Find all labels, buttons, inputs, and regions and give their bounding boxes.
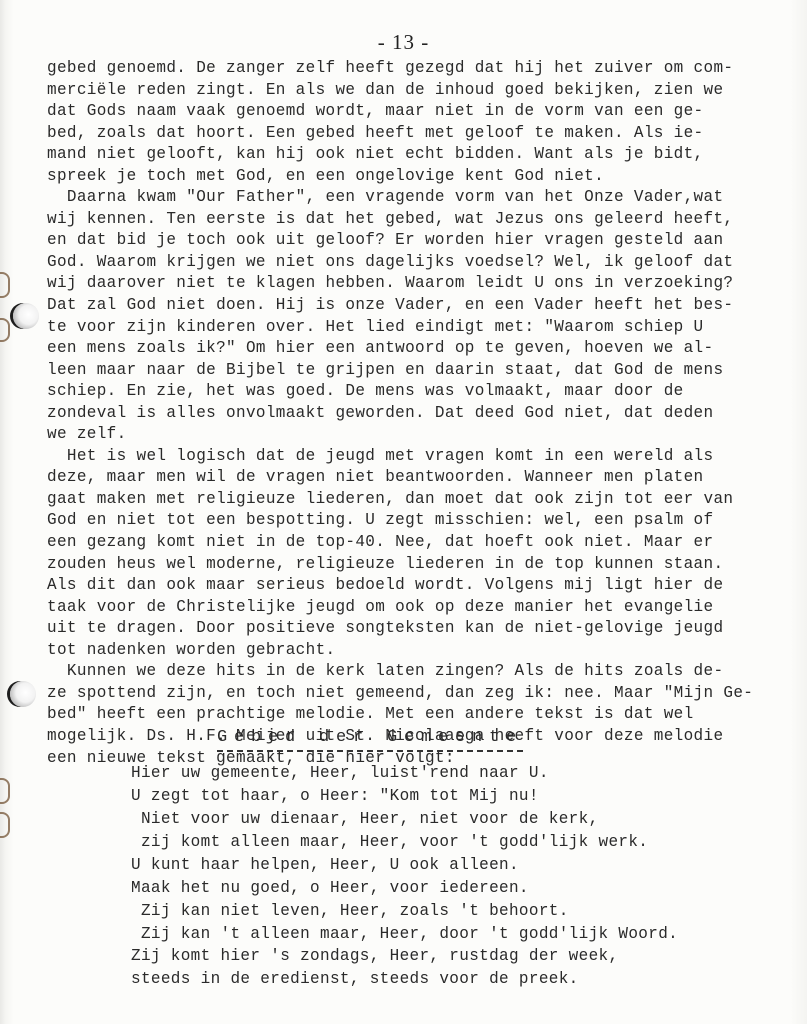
poem-line: U zegt tot haar, o Heer: "Kom tot Mij nu… bbox=[131, 784, 749, 807]
text-line: gebed genoemd. De zanger zelf heeft geze… bbox=[47, 57, 780, 79]
poem-line: Zij komt hier 's zondags, Heer, rustdag … bbox=[131, 944, 749, 967]
binder-ring-mark bbox=[0, 318, 10, 342]
text-line: Als dit dan ook maar serieus bedoeld wor… bbox=[47, 574, 780, 596]
scanned-page: - 13 - gebed genoemd. De zanger zelf hee… bbox=[0, 0, 807, 1024]
text-line: we zelf. bbox=[47, 423, 780, 445]
poem-stanza: U kunt haar helpen, Heer, U ook alleen.M… bbox=[131, 853, 749, 945]
binder-ring-mark bbox=[0, 272, 10, 298]
text-line: spreek je toch met God, en een ongelovig… bbox=[47, 165, 780, 187]
punch-hole-icon bbox=[10, 681, 36, 707]
poem-line: zij komt alleen maar, Heer, voor 't godd… bbox=[131, 830, 749, 853]
text-line: en dat bid je toch ook uit geloof? Er wo… bbox=[47, 229, 780, 251]
text-line: uit te dragen. Door positieve songtekste… bbox=[47, 617, 780, 639]
poem-line: Zij kan 't alleen maar, Heer, door 't go… bbox=[131, 922, 749, 945]
text-line: een gezang komt niet in de top-40. Nee, … bbox=[47, 531, 780, 553]
text-line: wij kennen. Ten eerste is dat het gebed,… bbox=[47, 208, 780, 230]
text-line: leen maar naar de Bijbel te grijpen en d… bbox=[47, 359, 780, 381]
text-line: een mens zoals ik?" Om hier een antwoord… bbox=[47, 337, 780, 359]
text-line: God en niet tot een bespotting. U zegt m… bbox=[47, 509, 780, 531]
body-text: gebed genoemd. De zanger zelf heeft geze… bbox=[47, 57, 780, 768]
text-line: God. Waarom krijgen we niet ons dagelijk… bbox=[47, 251, 780, 273]
text-line: Kunnen we deze hits in de kerk laten zin… bbox=[47, 660, 780, 682]
text-line: schiep. En zie, het was goed. De mens wa… bbox=[47, 380, 780, 402]
poem-line: Niet voor uw dienaar, Heer, niet voor de… bbox=[131, 807, 749, 830]
text-line: dat Gods naam vaak genoemd wordt, maar n… bbox=[47, 100, 780, 122]
text-line: mand niet gelooft, kan hij ook niet echt… bbox=[47, 143, 780, 165]
text-line: ze spottend zijn, en toch niet gemeend, … bbox=[47, 682, 780, 704]
poem-line: Maak het nu goed, o Heer, voor iedereen. bbox=[131, 876, 749, 899]
text-line: taak voor de Christelijke jeugd om ook o… bbox=[47, 596, 780, 618]
punch-hole-icon bbox=[13, 303, 39, 329]
poem-line: steeds in de eredienst, steeds voor de p… bbox=[131, 967, 749, 990]
poem-title: Gebed der Gemeente bbox=[217, 727, 523, 752]
page-number: - 13 - bbox=[0, 30, 807, 55]
text-line: bed, zoals dat hoort. Een gebed heeft me… bbox=[47, 122, 780, 144]
text-line: wij daarover niet te klagen hebben. Waar… bbox=[47, 272, 780, 294]
text-line: gaat maken met religieuze liederen, dan … bbox=[47, 488, 780, 510]
poem-line: U kunt haar helpen, Heer, U ook alleen. bbox=[131, 853, 749, 876]
binder-ring-mark bbox=[0, 812, 10, 838]
text-line: deze, maar men wil de vragen niet beantw… bbox=[47, 466, 780, 488]
poem-line: Hier uw gemeente, Heer, luist'rend naar … bbox=[131, 761, 749, 784]
text-line: bed" heeft een prachtige melodie. Met ee… bbox=[47, 703, 780, 725]
text-line: tot nadenken worden gebracht. bbox=[47, 639, 780, 661]
poem-line: Zij kan niet leven, Heer, zoals 't behoo… bbox=[131, 899, 749, 922]
poem-stanza: Hier uw gemeente, Heer, luist'rend naar … bbox=[131, 761, 749, 853]
text-line: Het is wel logisch dat de jeugd met vrag… bbox=[47, 445, 780, 467]
text-line: Daarna kwam "Our Father", een vragende v… bbox=[47, 186, 780, 208]
poem-stanza: Zij komt hier 's zondags, Heer, rustdag … bbox=[131, 944, 749, 990]
text-line: te voor zijn kinderen over. Het lied ein… bbox=[47, 316, 780, 338]
text-line: zouden heus wel moderne, religieuze lied… bbox=[47, 553, 780, 575]
text-line: Dat zal God niet doen. Hij is onze Vader… bbox=[47, 294, 780, 316]
text-line: zondeval is alles onvolmaakt geworden. D… bbox=[47, 402, 780, 424]
text-line: merciële reden zingt. En als we dan de i… bbox=[47, 79, 780, 101]
binder-ring-mark bbox=[0, 778, 10, 804]
